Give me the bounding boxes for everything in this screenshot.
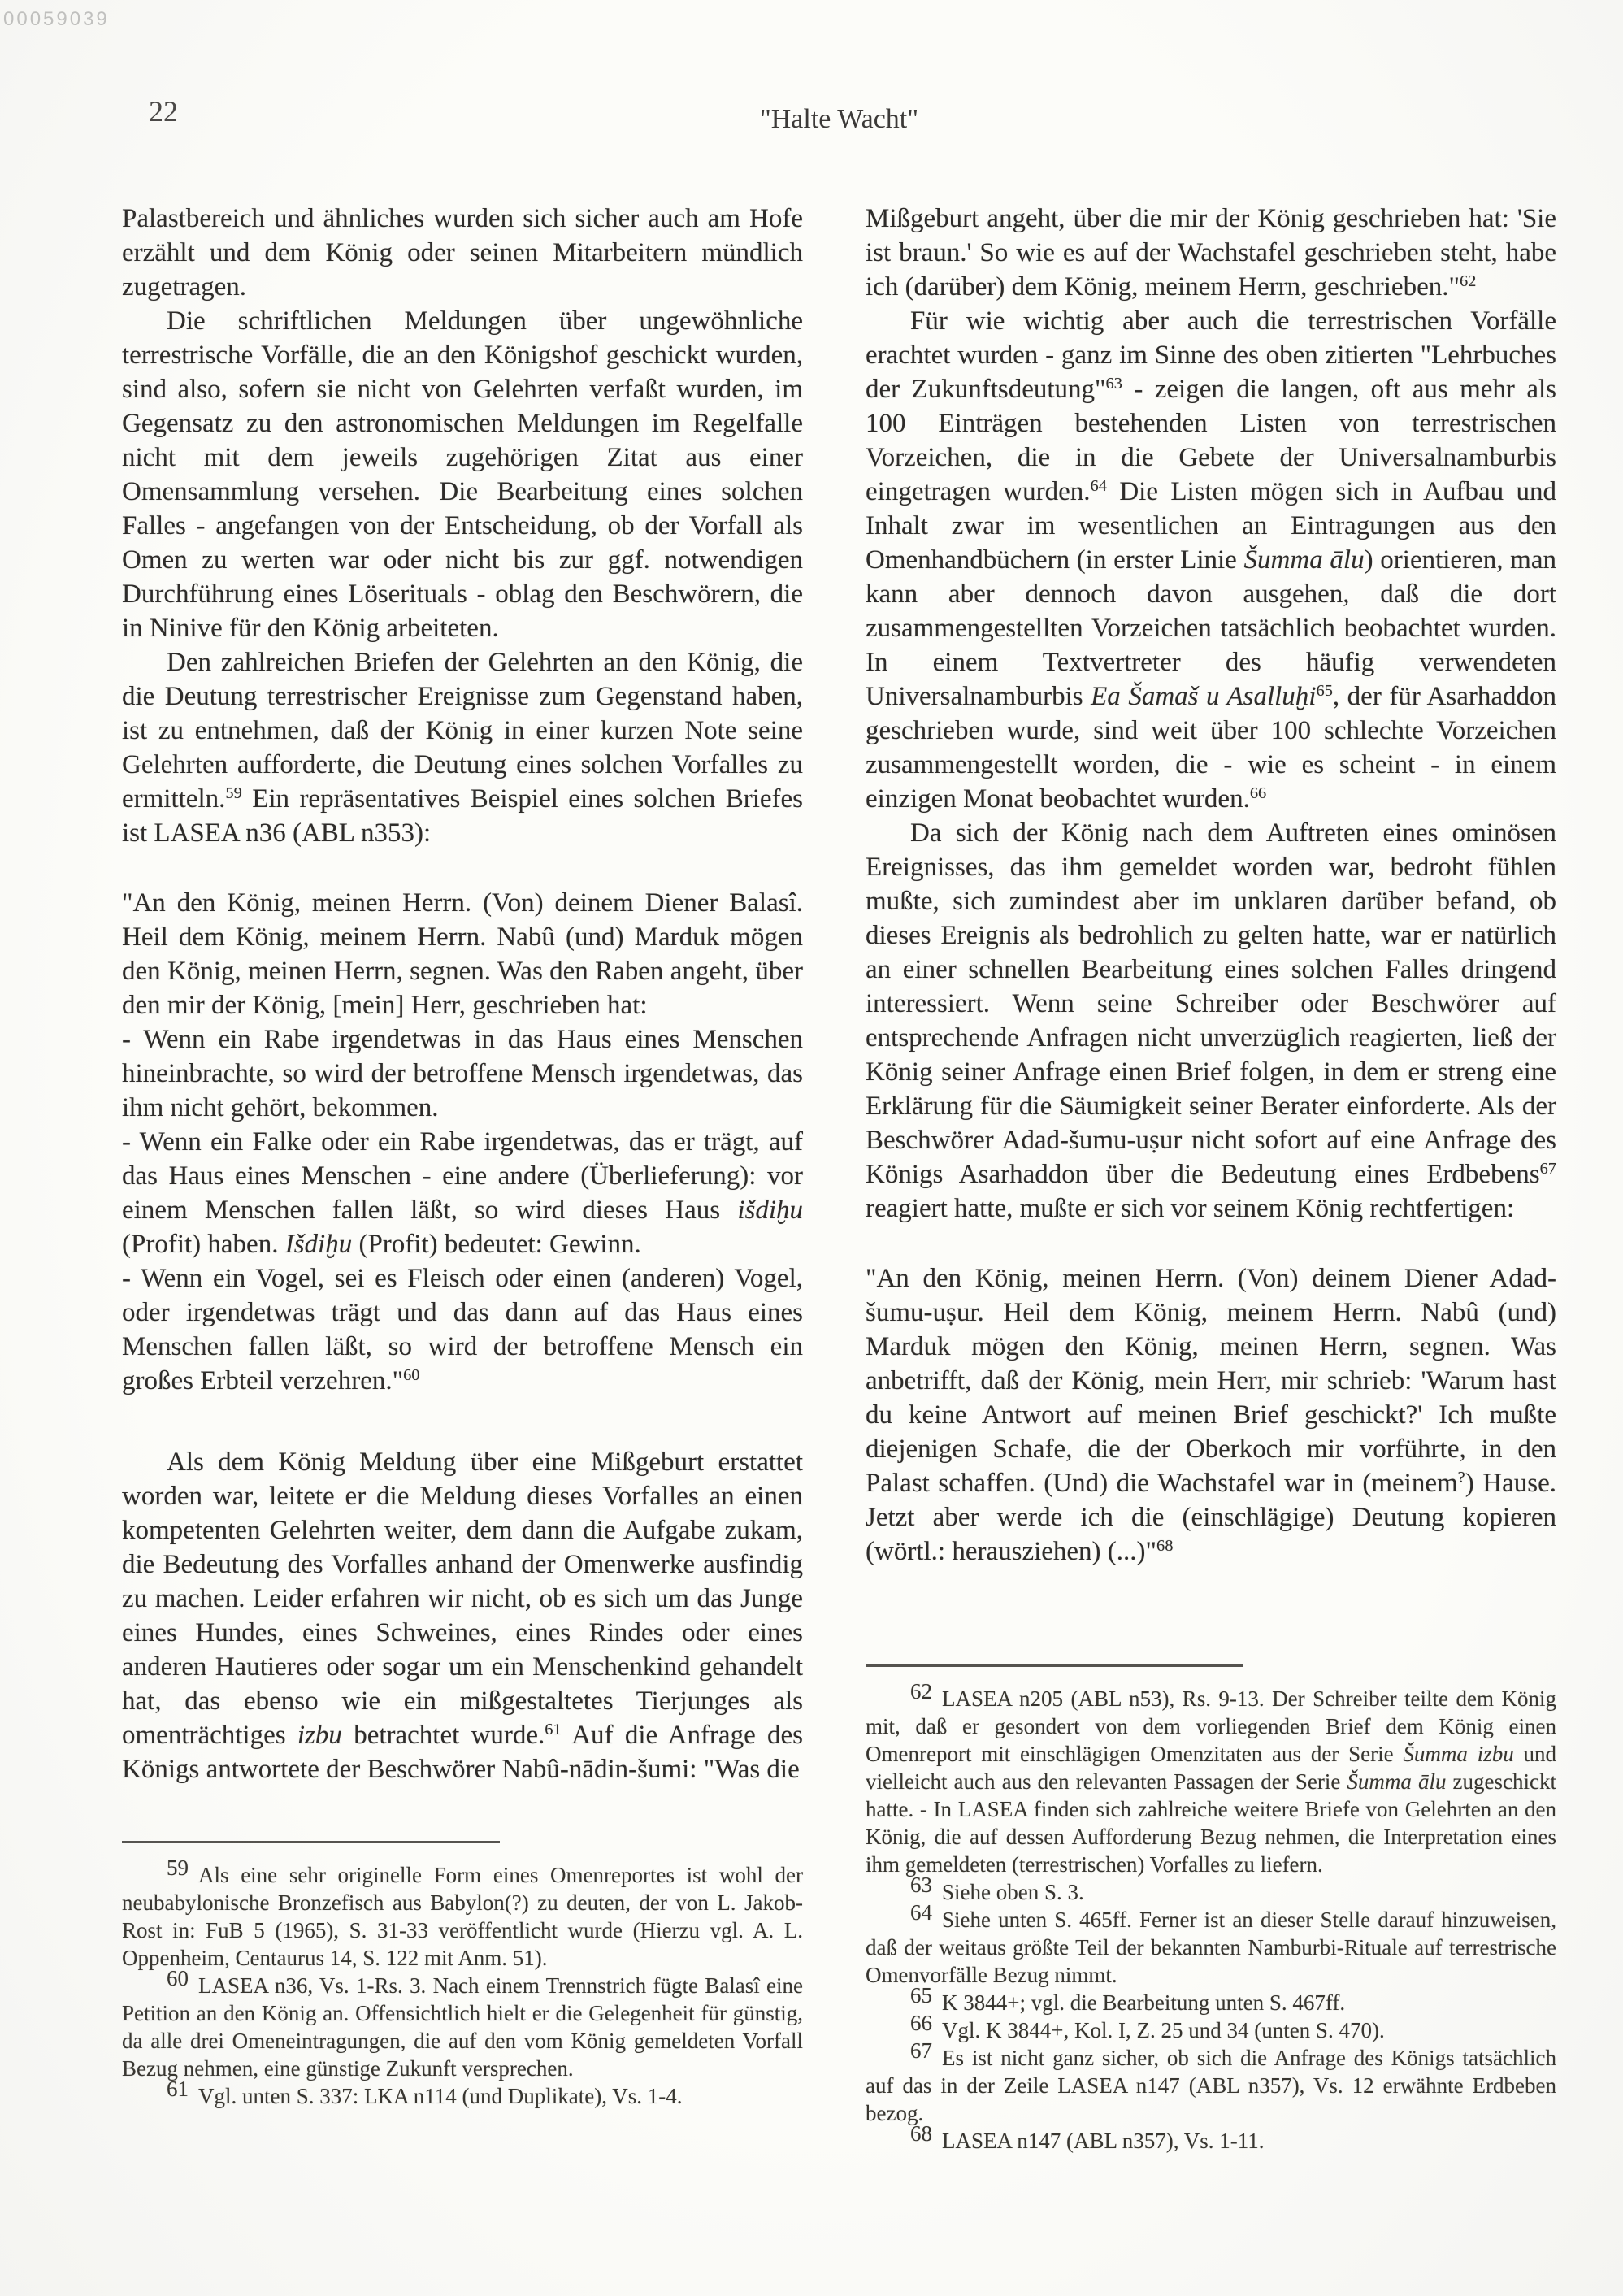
- footnote: 67Es ist nicht ganz sicher, ob sich die …: [866, 2044, 1556, 2127]
- footnotes-left: 59Als eine sehr originelle Form eines Om…: [122, 1841, 803, 2110]
- letter-line: "An den König, meinen Herrn. (Von) deine…: [122, 886, 803, 1022]
- footnote-text: K 3844+; vgl. die Bearbeitung unten S. 4…: [942, 1990, 1345, 2015]
- paragraph: Palastbereich und ähnliches wurden sich …: [122, 202, 803, 304]
- running-title: "Halte Wacht": [122, 104, 1556, 135]
- footnote-number: 63: [910, 1873, 932, 1897]
- footnote-separator: [122, 1841, 500, 1843]
- paragraph: Mißgeburt angeht, über die mir der König…: [866, 202, 1556, 304]
- footnote-text: Siehe oben S. 3.: [942, 1880, 1084, 1904]
- footnote-number: 61: [167, 2077, 189, 2101]
- footnote: 63Siehe oben S. 3.: [866, 1878, 1556, 1906]
- letter-line: "An den König, meinen Herrn. (Von) deine…: [866, 1261, 1556, 1569]
- letter-line: - Wenn ein Vogel, sei es Fleisch oder ei…: [122, 1261, 803, 1398]
- footnote-number: 62: [910, 1679, 932, 1704]
- footnote-number: 59: [167, 1855, 189, 1880]
- footnote-text: LASEA n147 (ABL n357), Vs. 1-11.: [942, 2129, 1265, 2153]
- footnote-text: Es ist nicht ganz sicher, ob sich die An…: [866, 2046, 1556, 2125]
- letter-quote-adad-shumu-usur: "An den König, meinen Herrn. (Von) deine…: [866, 1261, 1556, 1569]
- footnote-number: 60: [167, 1966, 189, 1990]
- footnote-number: 66: [910, 2011, 932, 2035]
- letter-line: - Wenn ein Rabe irgendetwas in das Haus …: [122, 1022, 803, 1125]
- footnote-number: 68: [910, 2121, 932, 2146]
- footnote: 61Vgl. unten S. 337: LKA n114 (und Dupli…: [122, 2082, 803, 2110]
- footnote-text: LASEA n36, Vs. 1-Rs. 3. Nach einem Trenn…: [122, 1973, 803, 2081]
- footnote-number: 67: [910, 2038, 932, 2063]
- letter-line: - Wenn ein Falke oder ein Rabe irgendetw…: [122, 1125, 803, 1261]
- footnote-number: 64: [910, 1900, 932, 1925]
- footnote-text: Siehe unten S. 465ff. Ferner ist an dies…: [866, 1908, 1556, 1987]
- paragraph: Für wie wichtig aber auch die terrestris…: [866, 304, 1556, 816]
- footnote-text: LASEA n205 (ABL n53), Rs. 9-13. Der Schr…: [866, 1686, 1556, 1877]
- footnotes-right: 62LASEA n205 (ABL n53), Rs. 9-13. Der Sc…: [866, 1664, 1556, 2155]
- letter-quote-balasi: "An den König, meinen Herrn. (Von) deine…: [122, 886, 803, 1398]
- right-column: Mißgeburt angeht, über die mir der König…: [866, 202, 1556, 2282]
- paragraph: Die schriftlichen Meldungen über ungewöh…: [122, 304, 803, 645]
- paragraph: Den zahlreichen Briefen der Gelehrten an…: [122, 645, 803, 850]
- footnote-text: Als eine sehr originelle Form eines Omen…: [122, 1863, 803, 1970]
- footnote-text: Vgl. K 3844+, Kol. I, Z. 25 und 34 (unte…: [942, 2018, 1385, 2042]
- footnote: 60LASEA n36, Vs. 1-Rs. 3. Nach einem Tre…: [122, 1972, 803, 2082]
- scanned-book-page: 00059039 22 "Halte Wacht" Palastbereich …: [0, 0, 1623, 2296]
- footnote-separator: [866, 1664, 1243, 1667]
- footnote: 66Vgl. K 3844+, Kol. I, Z. 25 und 34 (un…: [866, 2016, 1556, 2044]
- footnote-number: 65: [910, 1983, 932, 2007]
- paragraph: Da sich der König nach dem Auftreten ein…: [866, 816, 1556, 1226]
- left-column: Palastbereich und ähnliches wurden sich …: [122, 202, 803, 2282]
- paragraph: Als dem König Meldung über eine Mißgebur…: [122, 1445, 803, 1786]
- footnote: 65K 3844+; vgl. die Bearbeitung unten S.…: [866, 1989, 1556, 2016]
- footnote-text: Vgl. unten S. 337: LKA n114 (und Duplika…: [198, 2084, 682, 2108]
- footnote: 62LASEA n205 (ABL n53), Rs. 9-13. Der Sc…: [866, 1685, 1556, 1878]
- footnote: 68LASEA n147 (ABL n357), Vs. 1-11.: [866, 2127, 1556, 2155]
- scan-id-stamp: 00059039: [3, 8, 110, 31]
- footnote: 64Siehe unten S. 465ff. Ferner ist an di…: [866, 1906, 1556, 1989]
- footnote: 59Als eine sehr originelle Form eines Om…: [122, 1861, 803, 1972]
